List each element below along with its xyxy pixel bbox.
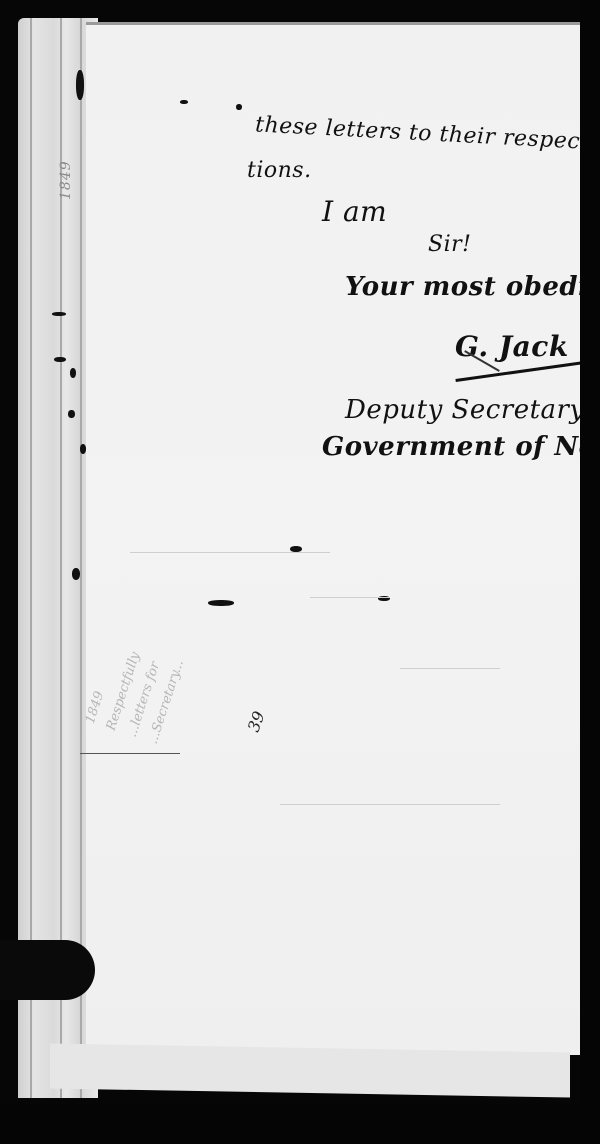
signatory-title: Deputy Secretary: [345, 395, 585, 425]
signatory-office: Government of Netherl: [322, 432, 600, 462]
binding-year-annotation: 1849: [58, 160, 74, 200]
manuscript-page: [86, 22, 580, 1055]
letter-salutation: Sir!: [428, 232, 471, 257]
ink-blot: [180, 100, 188, 104]
binding-rule: [30, 18, 32, 1098]
letter-line: tions.: [247, 158, 312, 183]
ruled-line: [310, 597, 390, 598]
ruled-line: [80, 753, 180, 754]
letter-closing: I am: [322, 195, 387, 228]
ink-blot: [80, 444, 86, 454]
ink-blot: [68, 410, 75, 418]
ink-blot: [208, 600, 234, 606]
scan-right-edge: [580, 0, 600, 1144]
scan-bottom-edge: [0, 1104, 600, 1144]
thumb-holding-page: [0, 940, 95, 1000]
ink-blot: [70, 368, 76, 378]
page-bottom-edge: [50, 1043, 570, 1097]
ruled-line: [130, 552, 330, 553]
ink-blot: [54, 357, 66, 362]
ruled-line: [280, 804, 500, 805]
ink-blot: [52, 312, 66, 316]
letter-valediction: Your most obedient: [345, 272, 600, 302]
ruled-line: [400, 668, 500, 669]
ink-blot: [76, 70, 84, 100]
binding-rule: [80, 18, 82, 1098]
ink-blot: [72, 568, 80, 580]
signature: G. Jack: [455, 330, 569, 363]
ink-blot: [236, 104, 242, 110]
